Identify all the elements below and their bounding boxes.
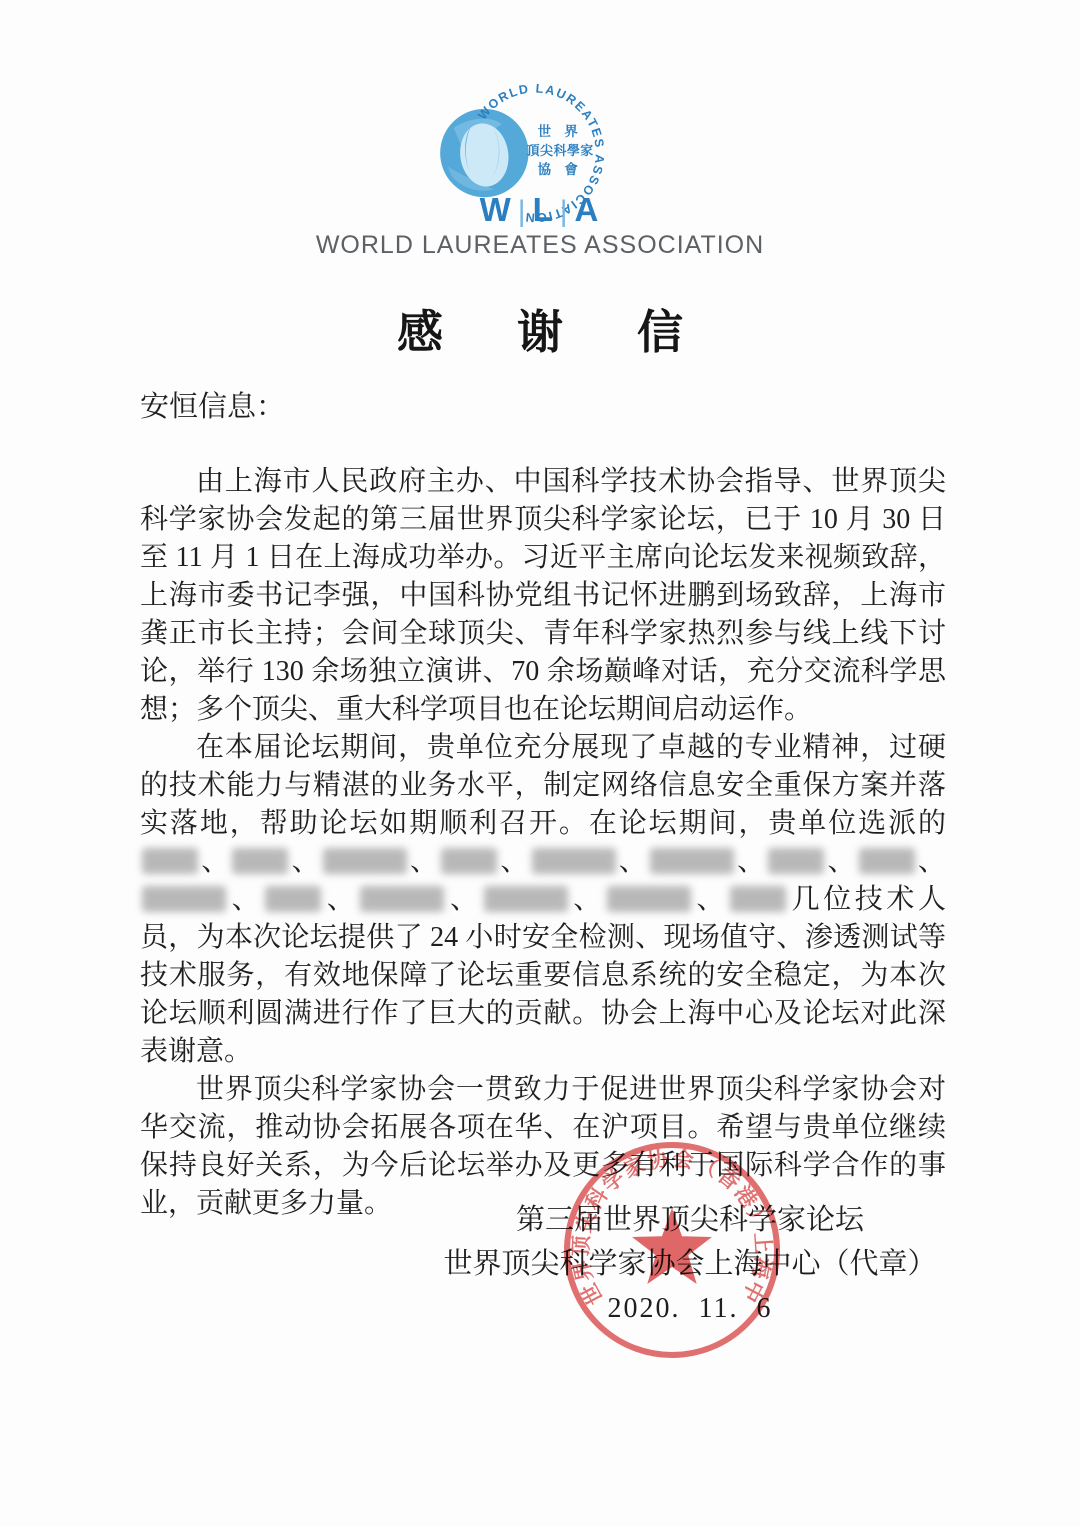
signature-date: 2020. 11. 6 (410, 1287, 970, 1331)
redacted-name (650, 848, 734, 874)
paragraph-2: 在本届论坛期间，贵单位充分展现了卓越的专业精神，过硬的技术能力与精湛的业务水平，… (140, 729, 946, 1071)
name-separator: 、 (917, 846, 946, 877)
wla-pipe-icon: | (513, 195, 533, 228)
redacted-name (532, 848, 616, 874)
redacted-name (323, 848, 407, 874)
wla-letter: W (480, 191, 513, 228)
letter-title: 感 谢 信 (0, 296, 1080, 362)
redacted-name (859, 848, 915, 874)
svg-text:頂尖科學家: 頂尖科學家 (527, 143, 594, 158)
org-name: WORLD LAUREATES ASSOCIATION (0, 231, 1080, 260)
paragraph-2-text-1: 在本届论坛期间，贵单位充分展现了卓越的专业精神，过硬的技术能力与精湛的业务水平，… (140, 732, 946, 839)
salutation: 安恒信息： (140, 388, 946, 426)
globe-graphic (440, 109, 528, 197)
name-separator: 、 (200, 846, 230, 877)
name-separator: 、 (570, 884, 605, 915)
name-separator: 、 (618, 846, 648, 877)
redacted-name (484, 886, 568, 912)
name-separator: 、 (409, 846, 439, 877)
wla-wordmark: W|L|A (480, 192, 601, 230)
name-separator: 、 (499, 846, 529, 877)
name-separator: 、 (693, 884, 728, 915)
redacted-name (142, 886, 226, 912)
redacted-name (768, 848, 824, 874)
letter-page: WORLD LAUREATES ASSOCIATION 世 界 頂尖科學家 協 … (0, 0, 1080, 1526)
redacted-name (142, 848, 198, 874)
svg-text:世 界: 世 界 (538, 124, 583, 139)
redacted-name (360, 886, 444, 912)
name-separator: 、 (290, 846, 320, 877)
name-separator: 、 (228, 884, 263, 915)
logo-cn-text: 世 界 頂尖科學家 協 會 (527, 124, 594, 177)
redacted-name (232, 848, 288, 874)
name-separator: 、 (323, 884, 358, 915)
svg-text:協 會: 協 會 (538, 161, 583, 177)
redacted-name (265, 886, 321, 912)
redacted-name (730, 886, 786, 912)
letter-body: 安恒信息： 由上海市人民政府主办、中国科学技术协会指导、世界顶尖科学家协会发起的… (140, 388, 946, 1223)
wla-letter: A (575, 191, 601, 228)
signature-block: 第三届世界顶尖科学家论坛 世界顶尖科学家协会上海中心（代章） 2020. 11.… (410, 1198, 970, 1331)
name-separator: 、 (826, 846, 856, 877)
name-separator: 、 (446, 884, 481, 915)
name-separator: 、 (736, 846, 766, 877)
wla-pipe-icon: | (555, 195, 575, 228)
redacted-name (607, 886, 691, 912)
redacted-name (441, 848, 497, 874)
signature-line-forum: 第三届世界顶尖科学家论坛 (410, 1198, 970, 1242)
signature-line-center: 世界顶尖科学家协会上海中心（代章） (410, 1242, 970, 1286)
paragraph-1: 由上海市人民政府主办、中国科学技术协会指导、世界顶尖科学家协会发起的第三届世界顶… (140, 463, 946, 729)
wla-letter: L (533, 191, 555, 228)
